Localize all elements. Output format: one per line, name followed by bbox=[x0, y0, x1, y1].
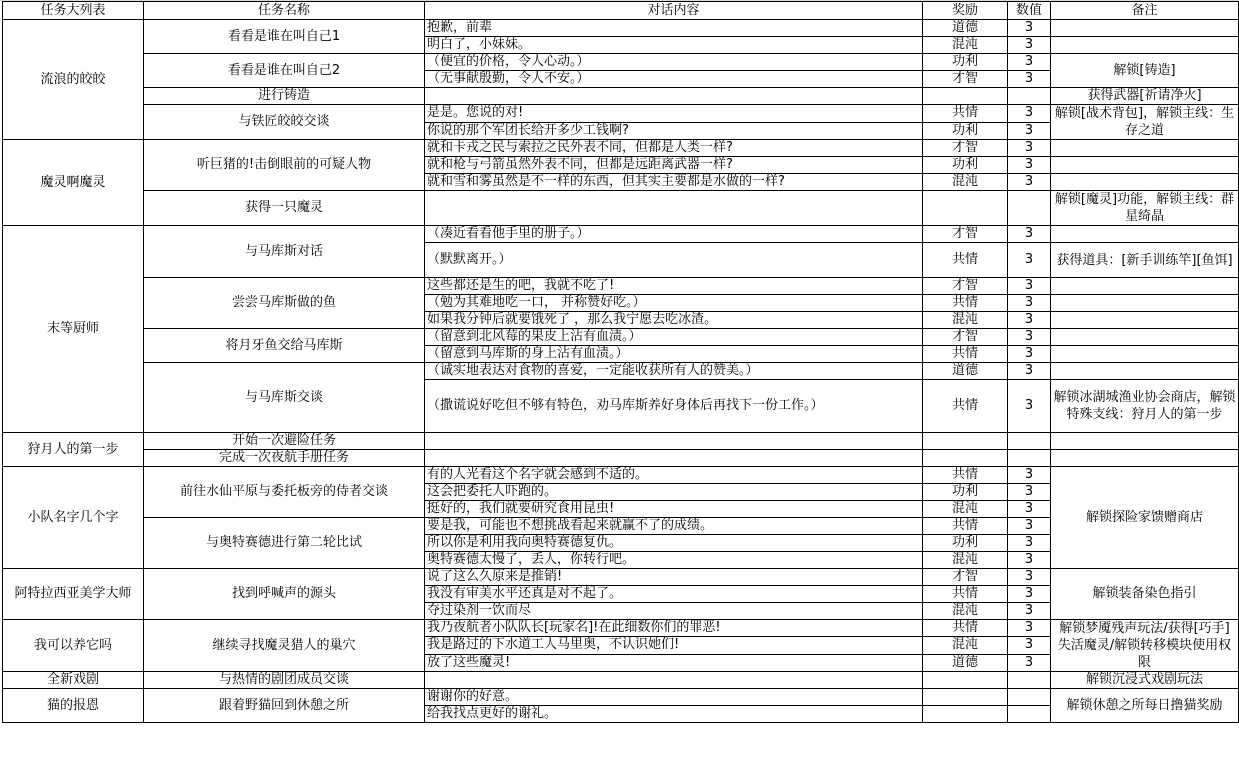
value-cell[interactable] bbox=[1008, 450, 1051, 467]
dialogue-cell[interactable]: 明白了，小妹妹。 bbox=[425, 37, 923, 54]
dialogue-cell[interactable]: （撒谎说好吃但不够有特色，劝马库斯养好身体后再找下一份工作。） bbox=[425, 380, 923, 433]
reward-cell[interactable]: 共情 bbox=[923, 380, 1008, 433]
value-cell[interactable]: 3 bbox=[1008, 637, 1051, 654]
value-cell[interactable]: 3 bbox=[1008, 157, 1051, 174]
reward-cell[interactable]: 共情 bbox=[923, 586, 1008, 603]
table-row: 看看是谁在叫自己2 （便宜的价格，令人心动。） 功利 3 解锁[铸造] bbox=[3, 54, 1239, 71]
dialogue-cell[interactable]: （凑近看看他手里的册子。） bbox=[425, 226, 923, 243]
reward-cell[interactable] bbox=[923, 689, 1008, 706]
value-cell[interactable]: 3 bbox=[1008, 552, 1051, 569]
task-cell[interactable]: 将月牙鱼交给马库斯 bbox=[144, 329, 425, 363]
value-cell[interactable]: 3 bbox=[1008, 226, 1051, 243]
reward-cell[interactable]: 才智 bbox=[923, 140, 1008, 157]
value-cell[interactable]: 3 bbox=[1008, 312, 1051, 329]
dialogue-cell[interactable] bbox=[425, 88, 923, 105]
value-cell[interactable] bbox=[1008, 672, 1051, 689]
reward-cell[interactable]: 才智 bbox=[923, 226, 1008, 243]
reward-cell[interactable]: 共情 bbox=[923, 467, 1008, 484]
value-cell[interactable]: 3 bbox=[1008, 174, 1051, 191]
reward-cell[interactable] bbox=[923, 88, 1008, 105]
value-cell[interactable]: 3 bbox=[1008, 620, 1051, 637]
reward-cell[interactable]: 共情 bbox=[923, 620, 1008, 637]
note-cell[interactable]: 解锁[魔灵]功能，解锁主线：群星绮晶 bbox=[1051, 191, 1239, 226]
note-cell[interactable] bbox=[1051, 295, 1239, 312]
task-cell[interactable]: 完成一次夜航手册任务 bbox=[144, 450, 425, 467]
value-cell[interactable]: 3 bbox=[1008, 484, 1051, 501]
reward-cell[interactable]: 道德 bbox=[923, 654, 1008, 671]
dialogue-cell[interactable]: （诚实地表达对食物的喜爱，一定能收获所有人的赞美。） bbox=[425, 363, 923, 380]
note-cell[interactable]: 解锁[铸造] bbox=[1051, 54, 1239, 88]
value-cell[interactable]: 3 bbox=[1008, 243, 1051, 278]
dialogue-cell[interactable]: （便宜的价格，令人心动。） bbox=[425, 54, 923, 71]
note-cell[interactable] bbox=[1051, 20, 1239, 37]
note-cell[interactable]: 解锁休憩之所每日撸猫奖励 bbox=[1051, 689, 1239, 723]
value-cell[interactable] bbox=[1008, 689, 1051, 706]
reward-cell[interactable] bbox=[923, 450, 1008, 467]
reward-cell[interactable]: 才智 bbox=[923, 71, 1008, 88]
value-cell[interactable]: 3 bbox=[1008, 295, 1051, 312]
header-value[interactable]: 数值 bbox=[1008, 2, 1051, 20]
dialogue-cell[interactable] bbox=[425, 450, 923, 467]
table-row: 获得一只魔灵 解锁[魔灵]功能，解锁主线：群星绮晶 bbox=[3, 191, 1239, 226]
value-cell[interactable]: 3 bbox=[1008, 122, 1051, 140]
note-cell[interactable]: 解锁冰湖城渔业协会商店，解锁特殊支线：狩月人的第一步 bbox=[1051, 380, 1239, 433]
dialogue-cell[interactable]: 这些都还是生的吧，我就不吃了! bbox=[425, 278, 923, 295]
dialogue-cell[interactable]: 我没有审美水平还真是对不起了。 bbox=[425, 586, 923, 603]
value-cell[interactable] bbox=[1008, 433, 1051, 450]
table-row: 与马库斯交谈 （诚实地表达对食物的喜爱，一定能收获所有人的赞美。） 道德 3 bbox=[3, 363, 1239, 380]
note-cell[interactable] bbox=[1051, 140, 1239, 157]
note-cell[interactable] bbox=[1051, 329, 1239, 346]
dialogue-cell[interactable]: 谢谢你的好意。 bbox=[425, 689, 923, 706]
reward-cell[interactable]: 共情 bbox=[923, 243, 1008, 278]
value-cell[interactable]: 3 bbox=[1008, 54, 1051, 71]
dialogue-cell[interactable]: （默默离开。） bbox=[425, 243, 923, 278]
table-row: 将月牙鱼交给马库斯 （留意到北风莓的果皮上沾有血渍。） 才智 3 bbox=[3, 329, 1239, 346]
value-cell[interactable]: 3 bbox=[1008, 501, 1051, 518]
reward-cell[interactable]: 混沌 bbox=[923, 637, 1008, 654]
value-cell[interactable]: 3 bbox=[1008, 518, 1051, 535]
dialogue-cell[interactable]: 我乃夜航者小队队长[玩家名]!在此细数你们的罪恶! bbox=[425, 620, 923, 637]
dialogue-cell[interactable] bbox=[425, 433, 923, 450]
header-group[interactable]: 任务大列表 bbox=[3, 2, 144, 20]
dialogue-cell[interactable]: 就和雪和雾虽然是不一样的东西，但其实主要都是水做的一样? bbox=[425, 174, 923, 191]
dialogue-cell[interactable]: 有的人光看这个名字就会感到不适的。 bbox=[425, 467, 923, 484]
dialogue-cell[interactable]: 就和枪与弓箭虽然外表不同，但都是远距离武器一样? bbox=[425, 157, 923, 174]
dialogue-cell[interactable]: 夺过染剂一饮而尽 bbox=[425, 603, 923, 620]
task-cell[interactable]: 与铁匠皎皎交谈 bbox=[144, 105, 425, 140]
task-cell[interactable]: 找到呼喊声的源头 bbox=[144, 569, 425, 620]
reward-cell[interactable]: 混沌 bbox=[923, 603, 1008, 620]
group-cell[interactable]: 猫的报恩 bbox=[3, 689, 144, 723]
quest-table: 任务大列表 任务名称 对话内容 奖励 数值 备注 流浪的皎皎 看看是谁在叫自己1… bbox=[2, 1, 1239, 723]
note-cell[interactable] bbox=[1051, 226, 1239, 243]
note-cell[interactable] bbox=[1051, 450, 1239, 467]
value-cell[interactable] bbox=[1008, 88, 1051, 105]
note-cell[interactable] bbox=[1051, 363, 1239, 380]
table-row: 末等厨师 与马库斯对话 （凑近看看他手里的册子。） 才智 3 bbox=[3, 226, 1239, 243]
header-dialogue[interactable]: 对话内容 bbox=[425, 2, 923, 20]
value-cell[interactable]: 3 bbox=[1008, 467, 1051, 484]
value-cell[interactable]: 3 bbox=[1008, 140, 1051, 157]
table-row: 阿特拉西亚美学大师 找到呼喊声的源头 说了这么久原来是推销! 才智 3 解锁装备… bbox=[3, 569, 1239, 586]
table-row: 流浪的皎皎 看看是谁在叫自己1 抱歉，前辈 道德 3 bbox=[3, 20, 1239, 37]
value-cell[interactable]: 3 bbox=[1008, 37, 1051, 54]
note-cell[interactable]: 解锁梦魇残声玩法/获得[巧手]失活魔灵/解锁转移模块使用权限 bbox=[1051, 620, 1239, 672]
reward-cell[interactable]: 共情 bbox=[923, 518, 1008, 535]
reward-cell[interactable]: 功利 bbox=[923, 157, 1008, 174]
reward-cell[interactable]: 功利 bbox=[923, 54, 1008, 71]
value-cell[interactable]: 3 bbox=[1008, 603, 1051, 620]
reward-cell[interactable]: 才智 bbox=[923, 569, 1008, 586]
note-cell[interactable] bbox=[1051, 433, 1239, 450]
group-cell[interactable]: 魔灵啊魔灵 bbox=[3, 140, 144, 226]
note-cell[interactable] bbox=[1051, 346, 1239, 363]
dialogue-cell[interactable]: （无事献殷勤，令人不安。） bbox=[425, 71, 923, 88]
note-cell[interactable]: 解锁沉浸式戏剧玩法 bbox=[1051, 672, 1239, 689]
table-row: 狩月人的第一步 开始一次避险任务 bbox=[3, 433, 1239, 450]
value-cell[interactable] bbox=[1008, 191, 1051, 226]
reward-cell[interactable]: 功利 bbox=[923, 122, 1008, 140]
task-cell[interactable]: 看看是谁在叫自己2 bbox=[144, 54, 425, 88]
value-cell[interactable]: 3 bbox=[1008, 20, 1051, 37]
header-note[interactable]: 备注 bbox=[1051, 2, 1239, 20]
value-cell[interactable]: 3 bbox=[1008, 329, 1051, 346]
task-cell[interactable]: 开始一次避险任务 bbox=[144, 433, 425, 450]
reward-cell[interactable]: 共情 bbox=[923, 105, 1008, 123]
note-cell[interactable] bbox=[1051, 278, 1239, 295]
note-cell[interactable] bbox=[1051, 37, 1239, 54]
note-cell[interactable] bbox=[1051, 174, 1239, 191]
reward-cell[interactable]: 才智 bbox=[923, 329, 1008, 346]
value-cell[interactable]: 3 bbox=[1008, 278, 1051, 295]
dialogue-cell[interactable]: 这会把委托人吓跑的。 bbox=[425, 484, 923, 501]
dialogue-cell[interactable]: 就和卡戎之民与索拉之民外表不同，但都是人类一样? bbox=[425, 140, 923, 157]
reward-cell[interactable]: 混沌 bbox=[923, 37, 1008, 54]
spreadsheet: 任务大列表 任务名称 对话内容 奖励 数值 备注 流浪的皎皎 看看是谁在叫自己1… bbox=[0, 0, 1239, 757]
dialogue-cell[interactable]: （勉为其难地吃一口， 并称赞好吃。） bbox=[425, 295, 923, 312]
reward-cell[interactable]: 混沌 bbox=[923, 501, 1008, 518]
task-cell[interactable]: 与马库斯交谈 bbox=[144, 363, 425, 433]
table-row: 全新戏剧 与热情的剧团成员交谈 解锁沉浸式戏剧玩法 bbox=[3, 672, 1239, 689]
table-row: 魔灵啊魔灵 听巨猪的!击倒眼前的可疑人物 就和卡戎之民与索拉之民外表不同，但都是… bbox=[3, 140, 1239, 157]
value-cell[interactable]: 3 bbox=[1008, 586, 1051, 603]
reward-cell[interactable] bbox=[923, 433, 1008, 450]
dialogue-cell[interactable]: 你说的那个军团长给开多少工钱啊? bbox=[425, 122, 923, 140]
reward-cell[interactable]: 道德 bbox=[923, 20, 1008, 37]
value-cell[interactable]: 3 bbox=[1008, 346, 1051, 363]
dialogue-cell[interactable]: 给我找点更好的谢礼。 bbox=[425, 706, 923, 723]
table-row: 我可以养它吗 继续寻找魔灵猎人的巢穴 我乃夜航者小队队长[玩家名]!在此细数你们… bbox=[3, 620, 1239, 637]
table-row: 尝尝马库斯做的鱼 这些都还是生的吧，我就不吃了! 才智 3 bbox=[3, 278, 1239, 295]
group-cell[interactable]: 狩月人的第一步 bbox=[3, 433, 144, 467]
task-cell[interactable]: 尝尝马库斯做的鱼 bbox=[144, 278, 425, 329]
dialogue-cell[interactable]: 说了这么久原来是推销! bbox=[425, 569, 923, 586]
task-cell[interactable]: 看看是谁在叫自己1 bbox=[144, 20, 425, 54]
note-cell[interactable]: 解锁探险家馈赠商店 bbox=[1051, 467, 1239, 569]
reward-cell[interactable]: 混沌 bbox=[923, 312, 1008, 329]
reward-cell[interactable] bbox=[923, 672, 1008, 689]
note-cell[interactable] bbox=[1051, 312, 1239, 329]
task-cell[interactable]: 前往水仙平原与委托板旁的侍者交谈 bbox=[144, 467, 425, 518]
task-cell[interactable]: 继续寻找魔灵猎人的巢穴 bbox=[144, 620, 425, 672]
group-cell[interactable]: 流浪的皎皎 bbox=[3, 20, 144, 140]
note-cell[interactable]: 解锁[战术背包]，解锁主线：生存之道 bbox=[1051, 105, 1239, 140]
dialogue-cell[interactable]: 如果我分钟后就要饿死了 ，那么我宁愿去吃冰渣。 bbox=[425, 312, 923, 329]
dialogue-cell[interactable]: 要是我，可能也不想挑战看起来就赢不了的成绩。 bbox=[425, 518, 923, 535]
header-task[interactable]: 任务名称 bbox=[144, 2, 425, 20]
note-cell[interactable]: 获得武器[祈请净火] bbox=[1051, 88, 1239, 105]
reward-cell[interactable]: 混沌 bbox=[923, 174, 1008, 191]
value-cell[interactable]: 3 bbox=[1008, 654, 1051, 671]
header-reward[interactable]: 奖励 bbox=[923, 2, 1008, 20]
group-cell[interactable]: 小队名字几个字 bbox=[3, 467, 144, 569]
task-cell[interactable]: 进行铸造 bbox=[144, 88, 425, 105]
dialogue-cell[interactable]: 抱歉，前辈 bbox=[425, 20, 923, 37]
table-row: 与铁匠皎皎交谈 是是。您说的对! 共情 3 解锁[战术背包]，解锁主线：生存之道 bbox=[3, 105, 1239, 123]
dialogue-cell[interactable] bbox=[425, 672, 923, 689]
dialogue-cell[interactable]: 挺好的，我们就要研究食用昆虫! bbox=[425, 501, 923, 518]
dialogue-cell[interactable]: （留意到马库斯的身上沾有血渍。） bbox=[425, 346, 923, 363]
reward-cell[interactable]: 混沌 bbox=[923, 552, 1008, 569]
dialogue-cell[interactable]: （留意到北风莓的果皮上沾有血渍。） bbox=[425, 329, 923, 346]
value-cell[interactable]: 3 bbox=[1008, 71, 1051, 88]
task-cell[interactable]: 与热情的剧团成员交谈 bbox=[144, 672, 425, 689]
note-cell[interactable] bbox=[1051, 157, 1239, 174]
table-row: 小队名字几个字 前往水仙平原与委托板旁的侍者交谈 有的人光看这个名字就会感到不适… bbox=[3, 467, 1239, 484]
dialogue-cell[interactable]: 我是路过的下水道工人马里奥，不认识她们! bbox=[425, 637, 923, 654]
dialogue-cell[interactable] bbox=[425, 191, 923, 226]
reward-cell[interactable]: 道德 bbox=[923, 363, 1008, 380]
table-row: 进行铸造 获得武器[祈请净火] bbox=[3, 88, 1239, 105]
value-cell[interactable]: 3 bbox=[1008, 363, 1051, 380]
reward-cell[interactable]: 共情 bbox=[923, 295, 1008, 312]
task-cell[interactable]: 与马库斯对话 bbox=[144, 226, 425, 278]
dialogue-cell[interactable]: 是是。您说的对! bbox=[425, 105, 923, 123]
note-cell[interactable]: 获得道具：[新手训练竿][鱼饵] bbox=[1051, 243, 1239, 278]
group-cell[interactable]: 我可以养它吗 bbox=[3, 620, 144, 672]
task-cell[interactable]: 获得一只魔灵 bbox=[144, 191, 425, 226]
table-row: 完成一次夜航手册任务 bbox=[3, 450, 1239, 467]
group-cell[interactable]: 末等厨师 bbox=[3, 226, 144, 433]
reward-cell[interactable] bbox=[923, 706, 1008, 723]
dialogue-cell[interactable]: 奥特赛德太慢了，丢人，你转行吧。 bbox=[425, 552, 923, 569]
group-cell[interactable]: 阿特拉西亚美学大师 bbox=[3, 569, 144, 620]
header-row: 任务大列表 任务名称 对话内容 奖励 数值 备注 bbox=[3, 2, 1239, 20]
group-cell[interactable]: 全新戏剧 bbox=[3, 672, 144, 689]
table-row: 猫的报恩 跟着野猫回到休憩之所 谢谢你的好意。 解锁休憩之所每日撸猫奖励 bbox=[3, 689, 1239, 706]
task-cell[interactable]: 听巨猪的!击倒眼前的可疑人物 bbox=[144, 140, 425, 191]
reward-cell[interactable] bbox=[923, 191, 1008, 226]
note-cell[interactable]: 解锁装备染色指引 bbox=[1051, 569, 1239, 620]
task-cell[interactable]: 与奥特赛德进行第二轮比试 bbox=[144, 518, 425, 569]
value-cell[interactable]: 3 bbox=[1008, 535, 1051, 552]
reward-cell[interactable]: 功利 bbox=[923, 484, 1008, 501]
value-cell[interactable]: 3 bbox=[1008, 569, 1051, 586]
value-cell[interactable] bbox=[1008, 706, 1051, 723]
dialogue-cell[interactable]: 放了这些魔灵! bbox=[425, 654, 923, 671]
task-cell[interactable]: 跟着野猫回到休憩之所 bbox=[144, 689, 425, 723]
value-cell[interactable]: 3 bbox=[1008, 380, 1051, 433]
reward-cell[interactable]: 共情 bbox=[923, 346, 1008, 363]
dialogue-cell[interactable]: 所以你是利用我向奥特赛德复仇。 bbox=[425, 535, 923, 552]
reward-cell[interactable]: 功利 bbox=[923, 535, 1008, 552]
reward-cell[interactable]: 才智 bbox=[923, 278, 1008, 295]
value-cell[interactable]: 3 bbox=[1008, 105, 1051, 123]
